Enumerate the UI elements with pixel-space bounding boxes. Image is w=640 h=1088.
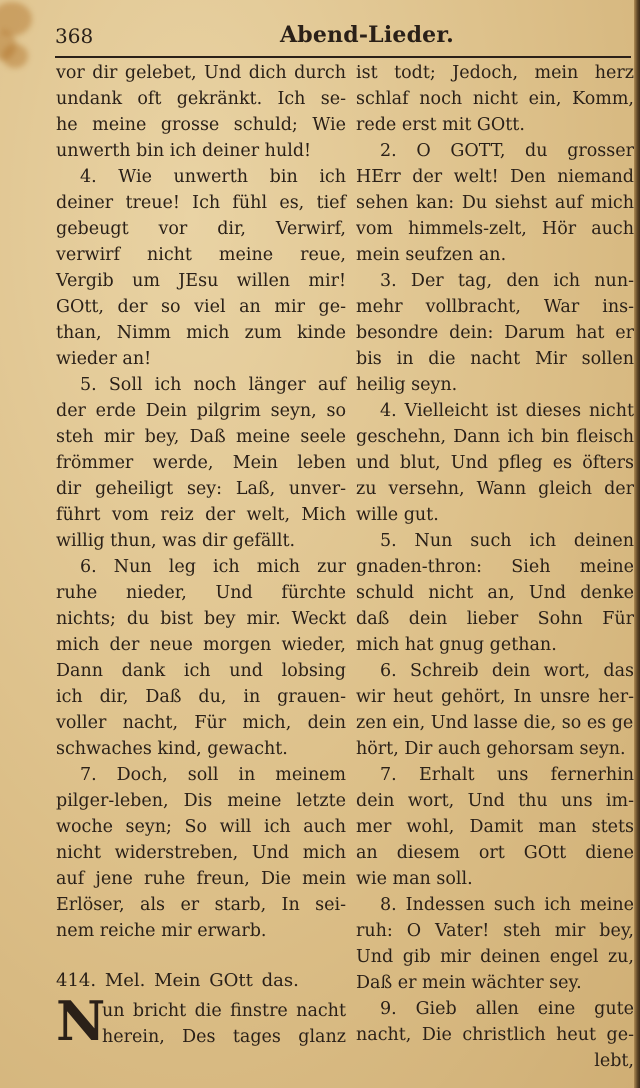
right-column: ist todt; Jedoch, mein herz schlaf noch … [356,60,634,1074]
text-line: zen ein, Und lasse die, so es ge- [356,710,634,736]
left-column: vor dir gelebet, Und dich durch undank o… [56,60,346,1050]
text-line: geschehn, Dann ich bin fleisch [356,424,634,450]
text-line: mehr vollbracht, War ins- [356,294,634,320]
verse-start: 7. Doch, soll in meinem [56,762,346,788]
text-line: pilger-leben, Dis meine letzte [56,788,346,814]
text-line: auf jene ruhe freun, Die mein [56,866,346,892]
verse-start: 5. Nun such ich deinen [356,528,634,554]
text-line: mich hat gnug gethan. [356,632,634,658]
text-line: ruh: O Vater! steh mir bey, [356,918,634,944]
text-line: wille gut. [356,502,634,528]
text-line: than, Nimm mich zum kinde [56,320,346,346]
text-line: he meine grosse schuld; Wie [56,112,346,138]
text-line: ruhe nieder, Und fürchte [56,580,346,606]
verse-start: 5. Soll ich noch länger auf [56,372,346,398]
text-line: rede erst mit GOtt. [356,112,634,138]
paper-stain [2,44,28,68]
verse-start: 6. Nun leg ich mich zur [56,554,346,580]
verse-start: 4. Vielleicht ist dieses nicht [356,398,634,424]
text-line: nichts; du bist bey mir. Weckt [56,606,346,632]
text-line: steh mir bey, Daß meine seele [56,424,346,450]
text-line: an diesem ort GOtt diene [356,840,634,866]
verse-start: 4. Wie unwerth bin ich [56,164,346,190]
verse-start: 7. Erhalt uns fernerhin [356,762,634,788]
text-line: wir heut gehört, In unsre her- [356,684,634,710]
text-line: nem reiche mir erwarb. [56,918,346,944]
hymn-opening: N un bricht die finstre nacht herein, De… [56,998,346,1050]
text-line: Daß er mein wächter sey. [356,970,634,996]
text-line: besondre dein: Darum hat er [356,320,634,346]
text-line: führt vom reiz der welt, Mich [56,502,346,528]
text-line: dein wort, Und thu uns im- [356,788,634,814]
text-line: voller nacht, Für mich, dein [56,710,346,736]
text-line: undank oft gekränkt. Ich se- [56,86,346,112]
text-line: der erde Dein pilgrim seyn, so [56,398,346,424]
text-line: sehen kan: Du siehst auf mich [356,190,634,216]
text-line: unwerth bin ich deiner huld! [56,138,346,164]
text-line: vom himmels-zelt, Hör auch [356,216,634,242]
text-line: vor dir gelebet, Und dich durch [56,60,346,86]
text-line: HErr der welt! Den niemand [356,164,634,190]
hymn-melody: Mel. Mein GOtt das. [105,970,299,991]
spacer [56,944,346,968]
text-line: gebeugt vor dir, Verwirf, [56,216,346,242]
text-line: wieder an! [56,346,346,372]
text-line: lebt, [356,1048,634,1074]
text-line: ist todt; Jedoch, mein herz [356,60,634,86]
text-line: verwirf nicht meine reue, [56,242,346,268]
text-line: mein seufzen an. [356,242,634,268]
text-line: Erlöser, als er starb, In sei- [56,892,346,918]
text-line: mer wohl, Damit man stets [356,814,634,840]
text-line: wie man soll. [356,866,634,892]
text-line: gnaden-thron: Sieh meine [356,554,634,580]
text-line: nacht, Die christlich heut ge- [356,1022,634,1048]
verse-start: 3. Der tag, den ich nun- [356,268,634,294]
page-header: 368 Abend-Lieder. [55,18,635,58]
text-line: Dann dank ich und lobsing [56,658,346,684]
verse-start: 9. Gieb allen eine gute [356,996,634,1022]
text-line: schuld nicht an, Und denke [356,580,634,606]
text-line: zu versehn, Wann gleich der [356,476,634,502]
verse-start: 8. Indessen such ich meine [356,892,634,918]
text-line: Und gib mir deinen engel zu, [356,944,634,970]
text-line: bis in die nacht Mir sollen [356,346,634,372]
text-line: willig thun, was dir gefällt. [56,528,346,554]
text-line: mich der neue morgen wieder, [56,632,346,658]
text-line: daß dein lieber Sohn Für [356,606,634,632]
page-binding-edge [634,0,640,1088]
hymn-number: 414. [56,970,96,991]
text-line: nicht widerstreben, Und mich [56,840,346,866]
text-line: Vergib um JEsu willen mir! [56,268,346,294]
text-line: schlaf noch nicht ein, Komm, [356,86,634,112]
text-line: dir geheiligt sey: Laß, unver- [56,476,346,502]
verse-start: 6. Schreib dein wort, das [356,658,634,684]
text-line: und blut, Und pfleg es öfters [356,450,634,476]
text-line: heilig seyn. [356,372,634,398]
page-number: 368 [55,24,93,48]
text-line: schwaches kind, gewacht. [56,736,346,762]
text-line: GOtt, der so viel an mir ge- [56,294,346,320]
verse-start: 2. O GOTT, du grosser [356,138,634,164]
header-rule [55,56,631,58]
drop-cap: N [56,994,105,1048]
text-line: deiner treue! Ich fühl es, tief [56,190,346,216]
text-line: frömmer werde, Mein leben [56,450,346,476]
text-line: woche seyn; So will ich auch [56,814,346,840]
text-line: ich dir, Daß du, in grauen- [56,684,346,710]
text-line: hört, Dir auch gehorsam seyn. [356,736,634,762]
running-title: Abend-Lieder. [280,22,454,48]
